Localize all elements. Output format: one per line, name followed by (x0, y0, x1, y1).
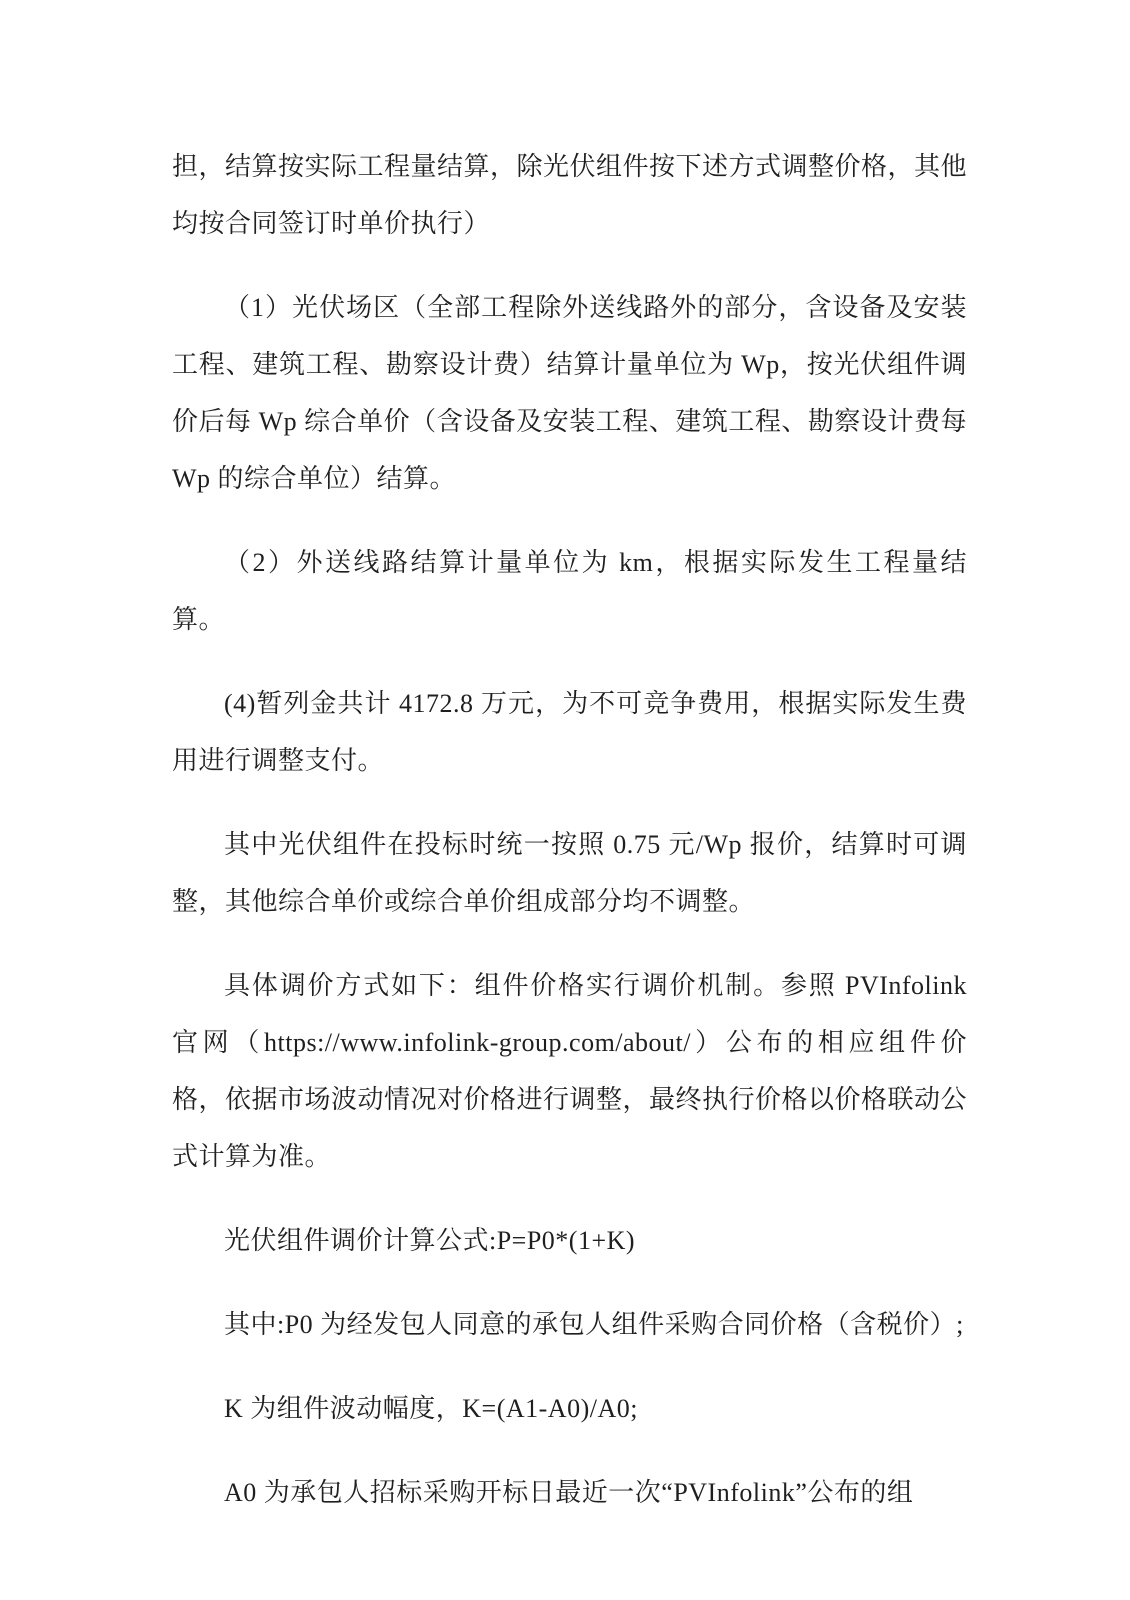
paragraph-carryover: 担，结算按实际工程量结算，除光伏组件按下述方式调整价格，其他均按合同签订时单价执… (172, 138, 967, 252)
document-page: 担，结算按实际工程量结算，除光伏组件按下述方式调整价格，其他均按合同签订时单价执… (0, 0, 1130, 1600)
paragraph-item-1-pv-area: （1）光伏场区（全部工程除外送线路外的部分，含设备及安装工程、建筑工程、勘察设计… (172, 279, 967, 507)
paragraph-a0-definition: A0 为承包人招标采购开标日最近一次“PVInfolink”公布的组 (172, 1464, 967, 1521)
paragraph-item-4-provisional: (4)暂列金共计 4172.8 万元，为不可竞争费用，根据实际发生费用进行调整支… (172, 675, 967, 789)
paragraph-k-definition: K 为组件波动幅度，K=(A1-A0)/A0; (172, 1380, 967, 1437)
paragraph-formula: 光伏组件调价计算公式:P=P0*(1+K) (172, 1212, 967, 1269)
paragraph-p0-definition: 其中:P0 为经发包人同意的承包人组件采购合同价格（含税价）; (172, 1296, 967, 1353)
paragraph-adjustment-method: 具体调价方式如下：组件价格实行调价机制。参照 PVInfolink 官网（htt… (172, 957, 967, 1185)
paragraph-module-bid-price: 其中光伏组件在投标时统一按照 0.75 元/Wp 报价，结算时可调整，其他综合单… (172, 816, 967, 930)
paragraph-item-2-line: （2）外送线路结算计量单位为 km，根据实际发生工程量结算。 (172, 534, 967, 648)
